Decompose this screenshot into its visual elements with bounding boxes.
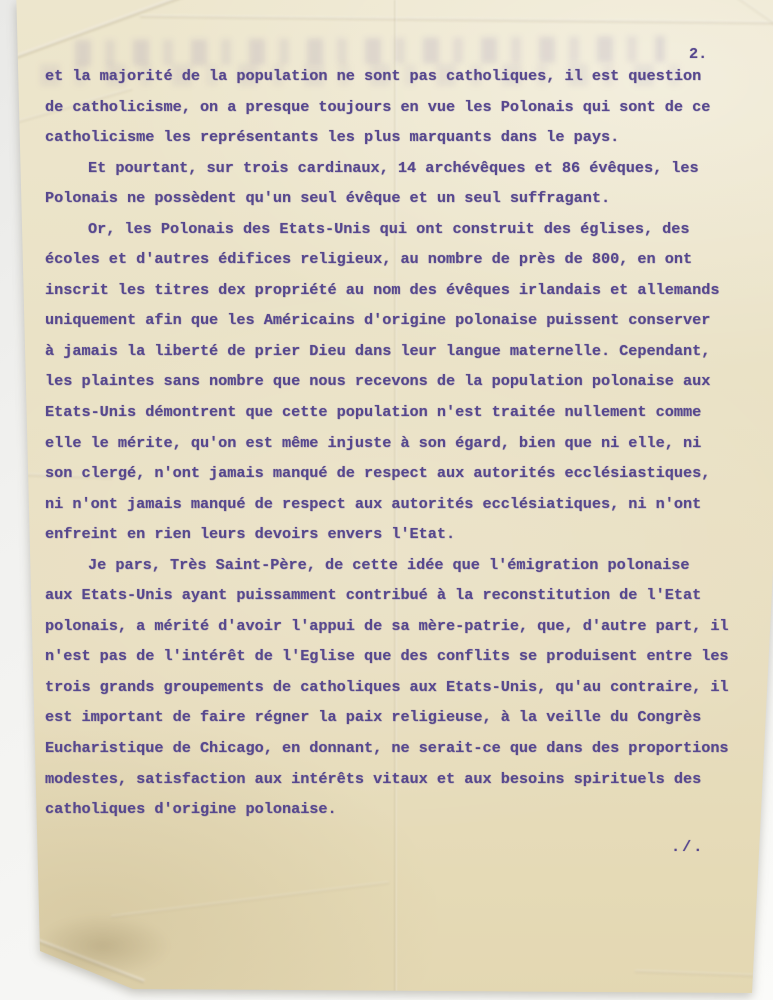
text-line: enfreint en rien leurs devoirs envers l'… [45,519,759,550]
text-line: est important de faire régner la paix re… [45,702,759,733]
paragraph-2: Et pourtant, sur trois cardinaux, 14 arc… [45,153,759,214]
scanner-background: 2. et la majorité de la population ne so… [0,0,773,1000]
text-line: à jamais la liberté de prier Dieu dans l… [45,336,759,367]
text-line: et la majorité de la population ne sont … [45,61,759,92]
letter-body: et la majorité de la population ne sont … [45,61,759,825]
text-line: inscrit les titres dex propriété au nom … [45,275,759,306]
text-line: Et pourtant, sur trois cardinaux, 14 arc… [45,153,759,184]
text-line: modestes, satisfaction aux intérêts vita… [45,764,759,795]
text-line: catholicisme les représentants les plus … [45,122,759,153]
text-line: Etats-Unis démontrent que cette populati… [45,397,759,428]
document-page: 2. et la majorité de la population ne so… [0,0,773,1000]
text-line: de catholicisme, on a presque toujours e… [45,92,759,123]
paper-stain [35,915,170,977]
text-line: Polonais ne possèdent qu'un seul évêque … [45,183,759,214]
text-line: Eucharistique de Chicago, en donnant, ne… [45,733,759,764]
continuation-mark: ./. [671,837,704,857]
text-line: catholiques d'origine polonaise. [45,794,759,825]
paragraph-4: Je pars, Très Saint-Père, de cette idée … [45,550,759,825]
text-line: écoles et d'autres édifices religieux, a… [45,244,759,275]
paragraph-3: Or, les Polonais des Etats-Unis qui ont … [45,214,759,550]
paper-crease [701,0,773,48]
paper-crease [635,970,770,978]
text-line: aux Etats-Unis ayant puissamment contrib… [45,580,759,611]
text-line: n'est pas de l'intérêt de l'Eglise que d… [45,641,759,672]
paragraph-1: et la majorité de la population ne sont … [45,61,759,153]
text-line: ni n'ont jamais manqué de respect aux au… [45,489,759,520]
paper-crease [111,881,389,918]
text-line: uniquement afin que les Américains d'ori… [45,305,759,336]
text-line: Or, les Polonais des Etats-Unis qui ont … [45,214,759,245]
text-line: son clergé, n'ont jamais manqué de respe… [45,458,759,489]
text-line: elle le mérite, qu'on est même injuste à… [45,428,759,459]
text-line: polonais, a mérité d'avoir l'appui de sa… [45,611,759,642]
paper-shadow-wrap: 2. et la majorité de la population ne so… [0,0,773,1000]
paper-crease [140,15,773,25]
text-line: Je pars, Très Saint-Père, de cette idée … [45,550,759,581]
text-line: trois grands groupements de catholiques … [45,672,759,703]
paper-crease [31,937,144,984]
text-line: les plaintes sans nombre que nous recevo… [45,366,759,397]
